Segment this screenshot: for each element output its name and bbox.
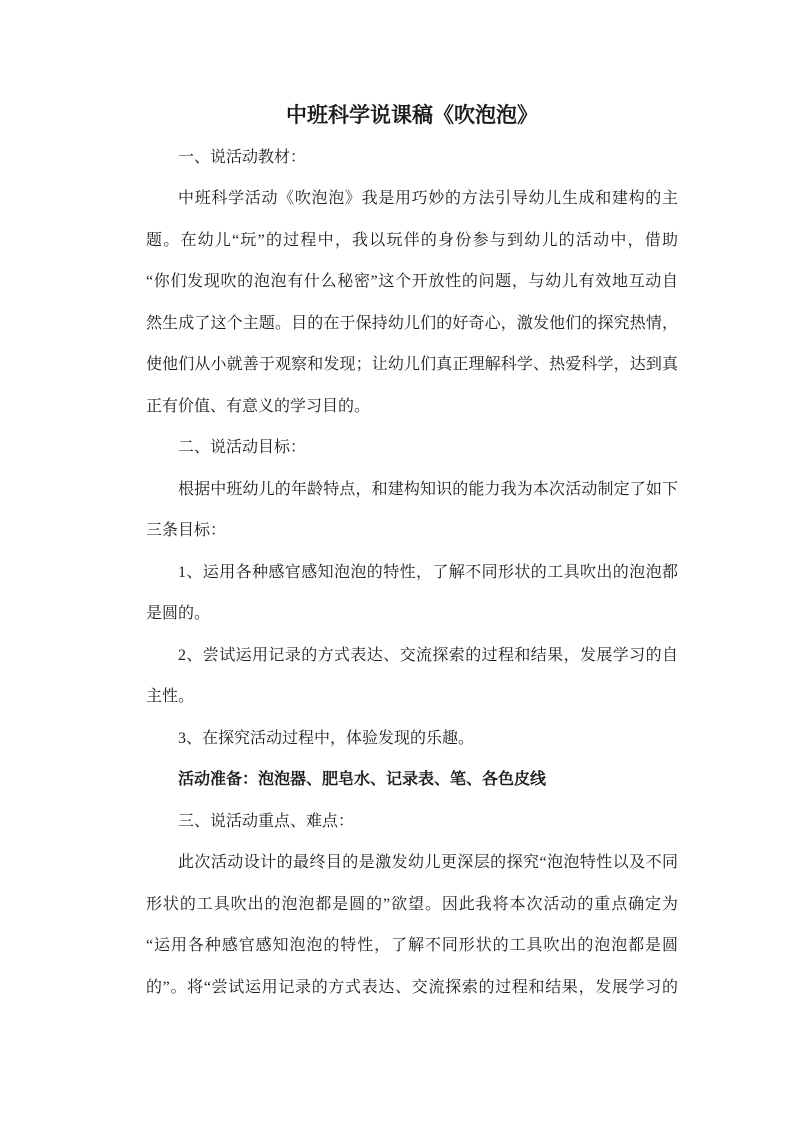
document-body: 中班科学说课稿《吹泡泡》 一、说活动教材： 中班科学活动《吹泡泡》我是用巧妙的方… [146,95,678,1008]
body-line: 题。在幼儿“玩”的过程中，我以玩伴的身份参与到幼儿的活动中，借助 [146,220,678,262]
goal-line-2: 2、尝试运用记录的方式表达、交流探索的过程和结果，发展学习的自 [146,635,678,677]
body-line: 形状的工具吹出的泡泡都是圆的”欲望。因此我将本次活动的重点确定为 [146,884,678,926]
doc-title: 中班科学说课稿《吹泡泡》 [146,95,678,137]
goal-line-3: 3、在探究活动过程中，体验发现的乐趣。 [146,718,678,760]
body-line: 正有价值、有意义的学习目的。 [146,386,678,428]
body-line: 三条目标： [146,510,678,552]
body-line: “你们发现吹的泡泡有什么秘密”这个开放性的问题，与幼儿有效地互动自 [146,261,678,303]
body-line: “运用各种感官感知泡泡的特性，了解不同形状的工具吹出的泡泡都是圆 [146,925,678,967]
body-line: 中班科学活动《吹泡泡》我是用巧妙的方法引导幼儿生成和建构的主 [146,178,678,220]
preparation-line: 活动准备：泡泡器、肥皂水、记录表、笔、各色皮线 [146,759,678,801]
body-line: 是圆的。 [146,593,678,635]
section-heading-materials: 一、说活动教材： [146,137,678,179]
goal-line-1: 1、运用各种感官感知泡泡的特性，了解不同形状的工具吹出的泡泡都 [146,552,678,594]
section-heading-focus: 三、说活动重点、难点： [146,801,678,843]
body-line: 此次活动设计的最终目的是激发幼儿更深层的探究“泡泡特性以及不同 [146,842,678,884]
body-line: 然生成了这个主题。目的在于保持幼儿们的好奇心，激发他们的探究热情， [146,303,678,345]
body-line: 的”。将“尝试运用记录的方式表达、交流探索的过程和结果，发展学习的 [146,967,678,1009]
document-page: 中班科学说课稿《吹泡泡》 一、说活动教材： 中班科学活动《吹泡泡》我是用巧妙的方… [0,0,794,1123]
body-line: 主性。 [146,676,678,718]
section-heading-goals: 二、说活动目标： [146,427,678,469]
body-line: 使他们从小就善于观察和发现；让幼儿们真正理解科学、热爱科学，达到真 [146,344,678,386]
body-line: 根据中班幼儿的年龄特点，和建构知识的能力我为本次活动制定了如下 [146,469,678,511]
